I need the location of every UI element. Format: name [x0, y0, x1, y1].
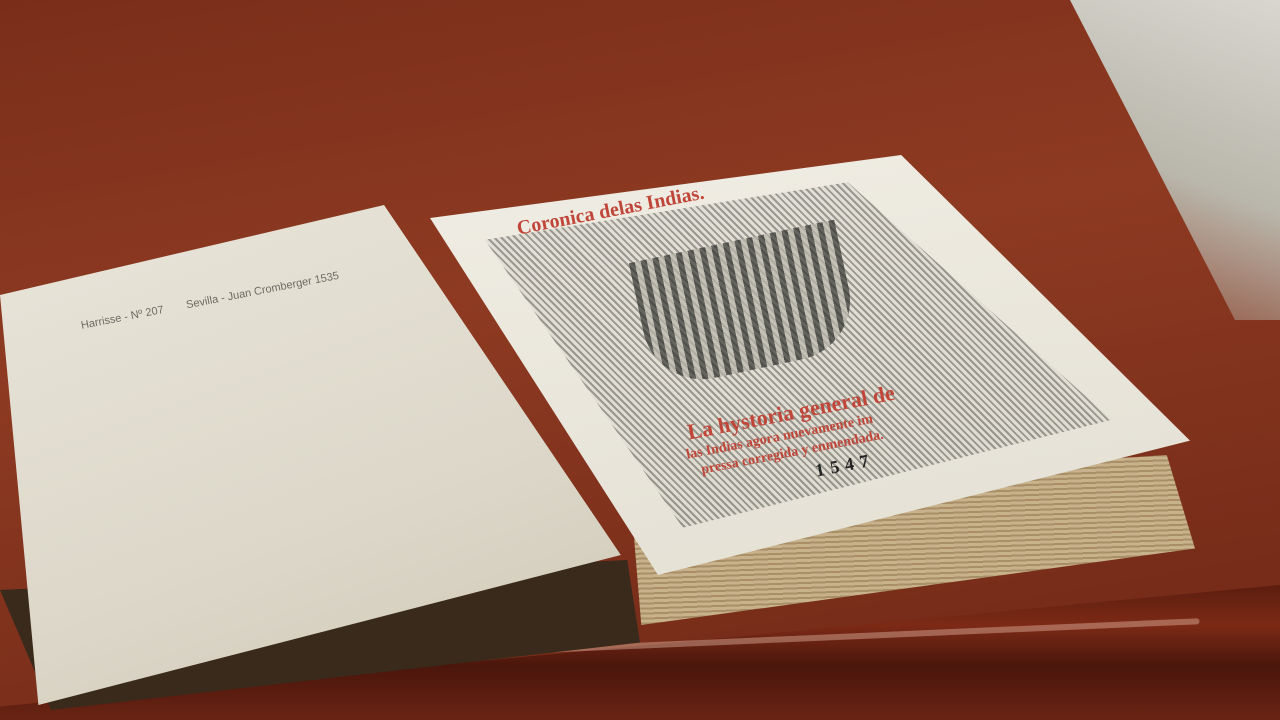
background-wall — [980, 0, 1280, 320]
